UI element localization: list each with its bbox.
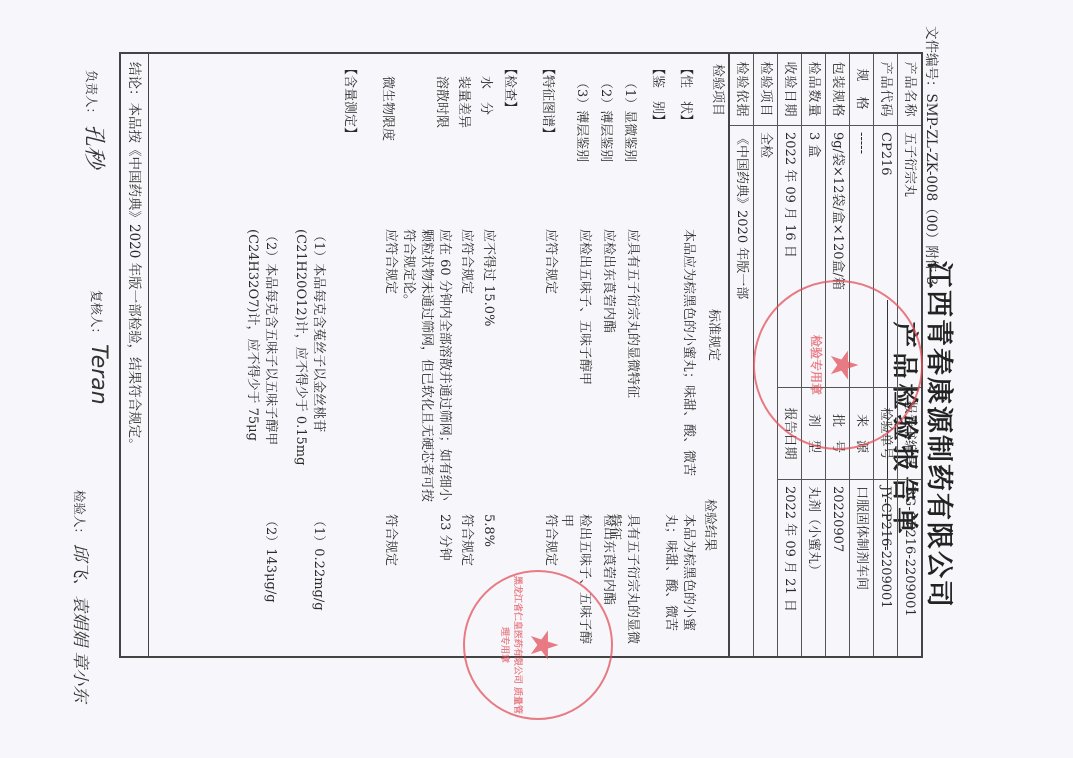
result-standard: 应在 60 分钟内全部溶散并通过筛网；如有细小颗粒状物未通过筛网，但已软化且无硬… bbox=[399, 229, 453, 504]
result-standard: 应检出五味子、五味子醇甲 bbox=[575, 229, 593, 504]
star-icon: ★ bbox=[825, 282, 863, 448]
result-value: 23 分钟 bbox=[435, 514, 453, 654]
quality-seal: ★ 黑龙江省仁皇医药有限公司 质量管理专用章 bbox=[463, 570, 613, 720]
result-standard: 应不得过 15.0% bbox=[479, 229, 497, 504]
col-header-result: 检验结果 bbox=[702, 499, 721, 551]
result-value: 符合规定 bbox=[381, 514, 399, 654]
result-standard: 应符合规定 bbox=[381, 229, 399, 504]
result-item: 水 分 bbox=[478, 76, 497, 115]
result-item: 装量差异 bbox=[456, 76, 475, 128]
star-icon: ★ bbox=[525, 572, 563, 718]
result-item: 【性 状】 bbox=[678, 62, 697, 127]
col-header-standard: 标准规定 bbox=[706, 309, 725, 361]
result-standard: 应检出东莨菪内酯 bbox=[599, 229, 617, 504]
reviewer-signature: 复核人： Teran bbox=[86, 290, 111, 405]
result-standard: 应符合规定 bbox=[457, 229, 475, 504]
info-row: 检验依据 《中国药典》2020 年版一部 bbox=[728, 54, 753, 656]
inspector-signature: 检验人： 邱飞、袁娟娟 章小东 bbox=[70, 490, 95, 702]
col-header-item: 检验项目 bbox=[710, 64, 729, 116]
result-value: （2）143μg/g bbox=[261, 514, 279, 654]
result-item: （2）薄层鉴别 bbox=[598, 76, 617, 162]
result-standard: （1）本品每克含菟丝子以金丝桃苷(C21H20O12)计，应不得少于 0.15m… bbox=[291, 229, 327, 504]
inspection-report-page: 江西青春康源制药有限公司 产品检验报告单 文件编号：SMP-ZL-ZK-008（… bbox=[0, 0, 1073, 758]
result-standard: （2）本品每克含五味子以五味子醇甲(C24H32O7)计，应不得少于 75μg bbox=[243, 229, 279, 504]
result-item: 【鉴 别】 bbox=[650, 62, 669, 127]
result-standard: 本品应为棕黑色的小蜜丸；味甜、酸、微苦 bbox=[679, 229, 697, 504]
responsible-signature: 负责人： 孔秒 bbox=[80, 70, 111, 168]
result-standard: 应具有五子衍宗丸的显微特征 bbox=[623, 229, 641, 504]
conclusion: 结论：本品按《中国药典》2020 年版一部检验，结果符合规定。 bbox=[121, 54, 149, 656]
result-item: 【检查】 bbox=[502, 62, 521, 114]
result-value: 本品为棕黑色的小蜜丸；味甜、酸、微苦 bbox=[661, 514, 697, 654]
result-item: 微生物限度 bbox=[380, 76, 399, 141]
result-item: （1）显微鉴别 bbox=[622, 76, 641, 162]
result-item: 【特征图谱】 bbox=[540, 62, 559, 140]
result-item: （3）薄层鉴别 bbox=[574, 76, 593, 162]
result-item: 溶散时限 bbox=[434, 76, 453, 128]
inspection-seal: ★ 检验专用章 bbox=[753, 280, 923, 450]
document-number: 文件编号：SMP-ZL-ZK-008（00）附件 3 bbox=[923, 26, 943, 285]
result-value: （1）0.22mg/g bbox=[309, 514, 327, 654]
result-item: 【含量测定】 bbox=[342, 62, 361, 140]
result-standard: 应符合规定 bbox=[541, 229, 559, 504]
